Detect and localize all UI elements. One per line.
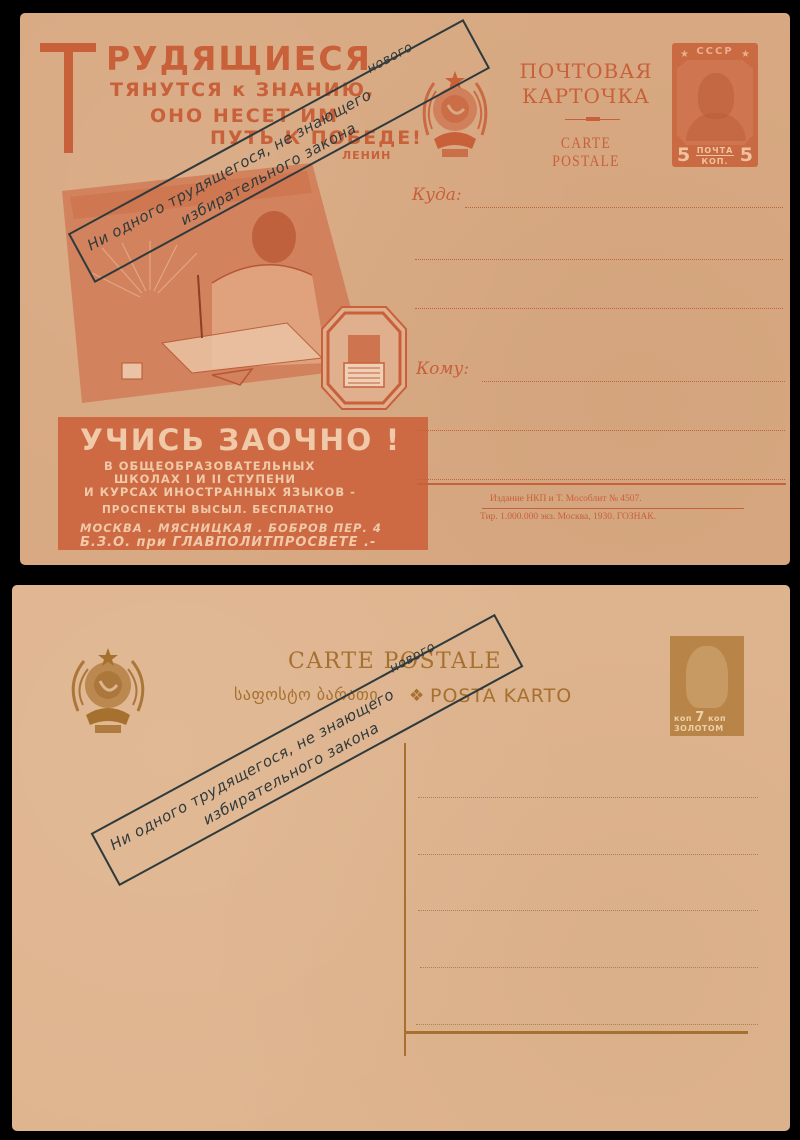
address-line[interactable] [420,967,758,968]
address-line[interactable] [418,797,758,798]
postage-stamp-5-kop: СССР ★ ★ 5 5 ПОЧТА КОП. [672,43,758,167]
overprint-line-top: нового [365,40,416,77]
star-icon: ★ [680,49,689,60]
headline-attribution: ЛЕНИН [342,149,391,162]
recipient-line[interactable] [417,430,785,431]
stamp-bottom-label: ЗОЛОТОМ [674,724,724,733]
imprint-publisher: Издание НКП и Т. Мособлит № 4507. [490,494,642,504]
overprint-line-top: нового [387,639,438,676]
postage-stamp-7-kop: коп 7 коп ЗОЛОТОМ [670,636,744,736]
headline-title: РУДЯЩИЕСЯ [106,39,372,78]
card-type-russian: ПОЧТОВАЯ КАРТОЧКА [516,59,656,109]
address-line[interactable] [415,308,783,309]
stamp-denomination: коп 7 коп [674,710,726,725]
recipient-line[interactable] [482,381,785,382]
address-bottom-rule [406,1031,748,1034]
advert-address: МОСКВА . МЯСНИЦКАЯ . БОБРОВ ПЕР. 4 [80,521,382,535]
address-line[interactable] [418,910,758,911]
address-line[interactable] [465,207,783,208]
headline-initial-t [40,43,96,153]
divider-mark [586,117,600,121]
education-seal-badge [320,305,408,411]
stamp-value-left: 5 [677,144,690,166]
advert-line: ПРОСПЕКТЫ ВЫСЫЛ. БЕСПЛАТНО [102,504,335,516]
recipient-label: Кому: [416,359,469,379]
address-line[interactable] [415,259,783,260]
address-to-label: Куда: [412,185,462,205]
address-line[interactable] [418,854,758,855]
advert-line: ШКОЛАХ I И II СТУПЕНИ [114,472,296,486]
card-type-line-1: ПОЧТОВАЯ [516,59,656,84]
imprint-rule [482,508,744,509]
advert-line: И КУРСАХ ИНОСТРАННЫХ ЯЗЫКОВ - [84,485,356,499]
soldier-portrait-icon [686,646,728,708]
stamp-word: ПОЧТА [696,146,734,156]
card-type-line-2: КАРТОЧКА [516,84,656,109]
ussr-coat-of-arms-icon [64,645,152,737]
recipient-line[interactable] [417,479,785,480]
imprint-print-run: Тир. 1.000.000 экз. Москва, 1930. ГОЗНАК… [480,512,656,522]
stamp-unit: КОП. [696,157,734,166]
card-type-french: CARTE POSTALE [527,135,646,171]
advert-organisation: Б.З.О. при ГЛАВПОЛИТПРОСВЕТЕ .- [80,535,376,550]
advert-title: УЧИСЬ ЗАОЧНО ! [80,423,401,457]
message-divider [404,743,406,1056]
postcard-front-bottom: CARTE POSTALE საფოსტო ბარათი ❖ POSTA KAR… [12,585,790,1131]
correspondence-school-advert: УЧИСЬ ЗАОЧНО ! В ОБЩЕОБРАЗОВАТЕЛЬНЫХ ШКО… [58,417,428,550]
advert-line: В ОБЩЕОБРАЗОВАТЕЛЬНЫХ [104,459,315,473]
address-bottom-rule [417,483,786,485]
postcard-front-top: РУДЯЩИЕСЯ ТЯНУТСЯ к ЗНАНИЮ, ОНО НЕСЕТ ИМ… [20,13,790,565]
address-line[interactable] [416,1024,758,1025]
star-icon: ★ [741,49,750,60]
stamp-value-right: 5 [740,144,753,166]
